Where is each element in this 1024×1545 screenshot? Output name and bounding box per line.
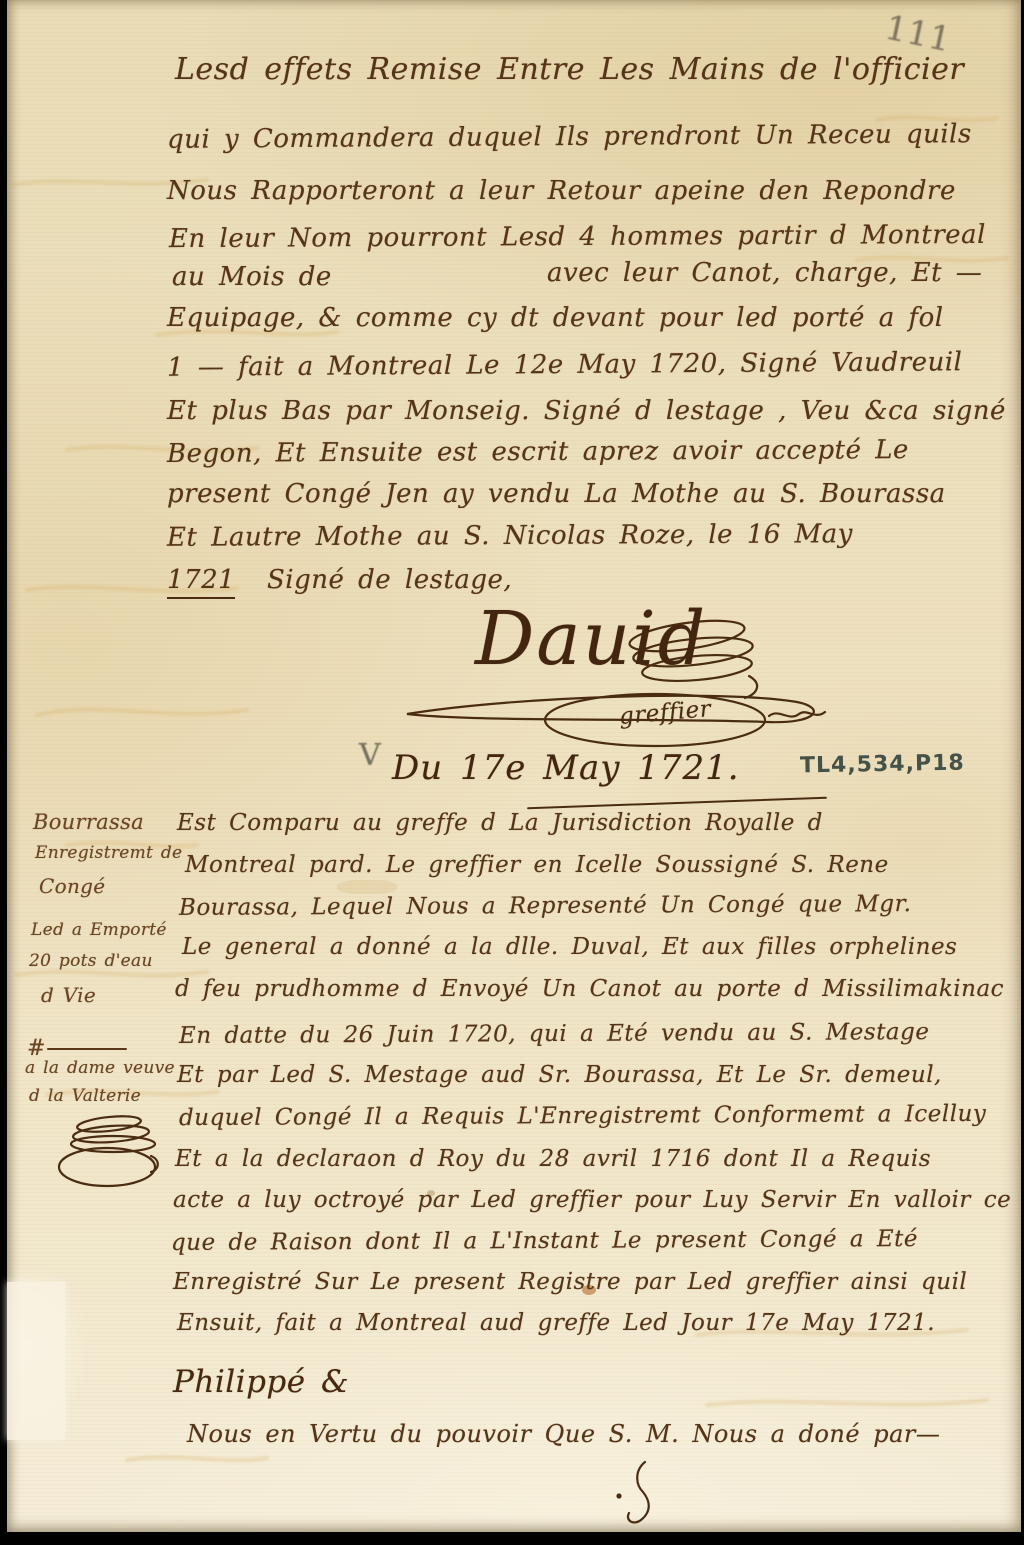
manuscript-line: Montreal pard. Le greffier en Icelle Sou… <box>185 852 889 878</box>
margin-paraph-doodle <box>47 1112 177 1192</box>
archive-reference-code: TL4,534,P18 <box>800 751 965 779</box>
check-mark: V <box>359 738 381 773</box>
manuscript-line: Ensuit, fait a Montreal aud greffe Led J… <box>177 1310 935 1336</box>
underlined-year: 1721 <box>167 565 235 599</box>
signed-note: Signé de lestage, <box>267 565 512 595</box>
closing-line: Nous en Vertu du pouvoir Que S. M. Nous … <box>187 1420 940 1448</box>
manuscript-line: Begon, Et Ensuite est escrit aprez avoir… <box>167 435 909 469</box>
manuscript-line-last: 1721 Signé de lestage, <box>167 565 512 595</box>
manuscript-line: d feu prudhomme d Envoyé Un Canot au por… <box>175 976 1004 1002</box>
manuscript-line: qui y Commandera duquel Ils prendront Un… <box>167 119 972 155</box>
manuscript-line: Nous Rapporteront a leur Retour apeine d… <box>167 176 956 206</box>
margin-note: a la dame veuve <box>25 1058 175 1078</box>
manuscript-line: Et a la declaraon d Roy du 28 avril 1716… <box>175 1146 931 1172</box>
margin-note: 20 pots d'eau <box>29 951 153 971</box>
margin-note: Led a Emporté <box>31 920 167 940</box>
philippe-signature: Philippé & <box>173 1364 349 1400</box>
margin-dash <box>47 1048 127 1050</box>
scan-background: 111 Lesd effets Remise Entre Les Mains d… <box>0 0 1024 1545</box>
manuscript-line: Le general a donné a la dlle. Duval, Et … <box>182 934 957 960</box>
manuscript-line-mois-right: avec leur Canot, charge, Et — <box>547 258 982 288</box>
manuscript-line: present Congé Jen ay vendu La Mothe au S… <box>167 479 946 509</box>
date-heading: Du 17e May 1721. <box>392 748 740 788</box>
manuscript-line: acte a luy octroyé par Led greffier pour… <box>173 1187 1011 1213</box>
manuscript-line: En leur Nom pourront Lesd 4 hommes parti… <box>169 220 986 254</box>
margin-note: Enregistremt de <box>35 843 182 863</box>
margin-note: Bourrassa <box>33 810 144 834</box>
manuscript-line-mois-left: au Mois de <box>172 262 332 292</box>
manuscript-line: Equipage, & comme cy dt devant pour led … <box>167 303 944 333</box>
manuscript-line: Lesd effets Remise Entre Les Mains de l'… <box>175 52 964 87</box>
manuscript-page: 111 Lesd effets Remise Entre Les Mains d… <box>7 0 1021 1532</box>
tape-repair-patch <box>7 1282 65 1440</box>
manuscript-line: Enregistré Sur Le present Registre par L… <box>173 1269 967 1295</box>
manuscript-line: duquel Congé Il a Requis L'Enregistremt … <box>179 1101 987 1131</box>
margin-note: d la Valterie <box>29 1086 141 1106</box>
manuscript-line: Et par Led S. Mestage aud Sr. Bourassa, … <box>177 1062 942 1088</box>
manuscript-line: Est Comparu au greffe d La Jurisdiction … <box>177 810 823 836</box>
bottom-paraph-mark <box>607 1458 677 1530</box>
manuscript-line: En datte du 26 Juin 1720, qui a Eté vend… <box>179 1019 930 1049</box>
manuscript-line: que de Raison dont Il a L'Instant Le pre… <box>171 1226 918 1256</box>
margin-note: d Vie <box>41 983 96 1007</box>
manuscript-line: Et Lautre Mothe au S. Nicolas Roze, le 1… <box>167 519 853 553</box>
manuscript-line: 1 — fait a Montreal Le 12e May 1720, Sig… <box>167 347 963 383</box>
clerk-signature: Dauid <box>475 596 707 682</box>
manuscript-line: Bourassa, Lequel Nous a Representé Un Co… <box>179 891 912 921</box>
manuscript-line: Et plus Bas par Monseig. Signé d lestage… <box>167 396 1006 426</box>
margin-note: Congé <box>39 874 105 898</box>
